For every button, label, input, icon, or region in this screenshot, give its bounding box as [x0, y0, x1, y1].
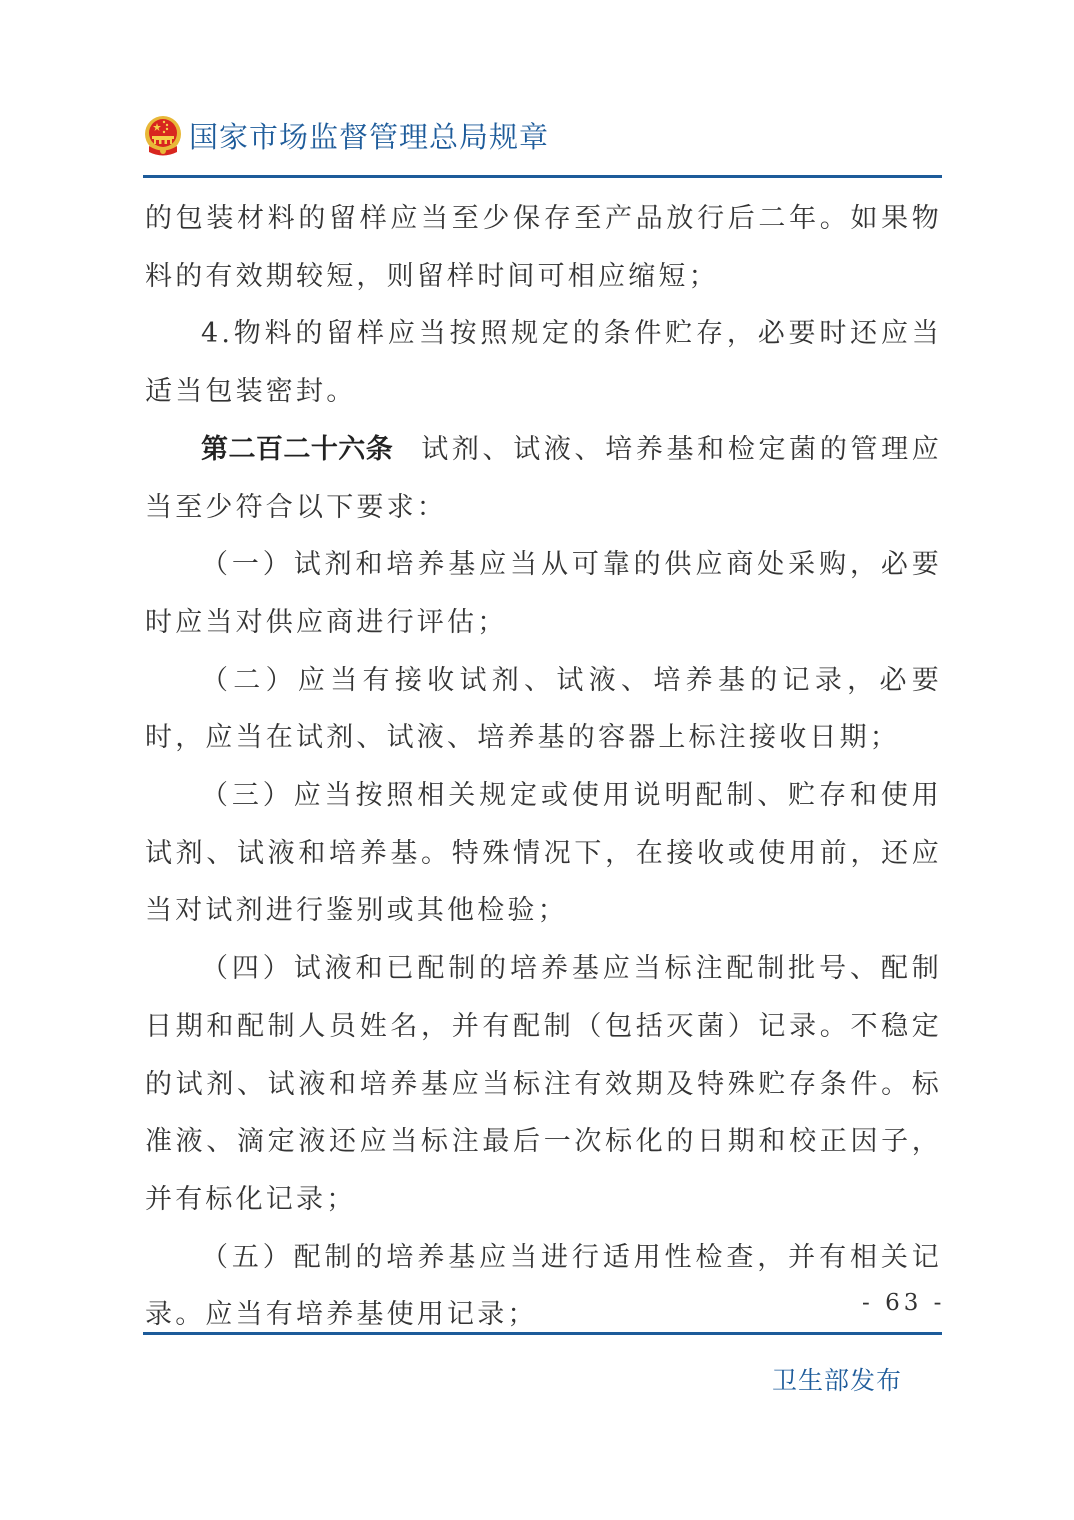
list-item: （二）应当有接收试剂、试液、培养基的记录，必要时，应当在试剂、试液、培养基的容器… [145, 652, 942, 767]
paragraph-text: （一）试剂和培养基应当从可靠的供应商处采购，必要时应当对供应商进行评估； [145, 549, 942, 638]
document-page: 国家市场监督管理总局规章 的包装材料的留样应当至少保存至产品放行后二年。如果物料… [0, 0, 1074, 1520]
list-item: （四）试液和已配制的培养基应当标注配制批号、配制日期和配制人员姓名，并有配制（包… [145, 940, 942, 1229]
paragraph-text: （三）应当按照相关规定或使用说明配制、贮存和使用试剂、试液和培养基。特殊情况下，… [145, 780, 942, 926]
paragraph: 的包装材料的留样应当至少保存至产品放行后二年。如果物料的有效期较短，则留样时间可… [145, 190, 942, 305]
paragraph-text: （五）配制的培养基应当进行适用性检查，并有相关记录。应当有培养基使用记录； [145, 1242, 942, 1331]
paragraph-text: 的包装材料的留样应当至少保存至产品放行后二年。如果物料的有效期较短，则留样时间可… [145, 203, 942, 292]
footer-publisher: 卫生部发布 [772, 1361, 902, 1397]
header-title: 国家市场监督管理总局规章 [189, 115, 549, 159]
list-item: （三）应当按照相关规定或使用说明配制、贮存和使用试剂、试液和培养基。特殊情况下，… [145, 767, 942, 940]
header-divider [143, 175, 942, 178]
page-header: 国家市场监督管理总局规章 [143, 112, 549, 162]
paragraph-text: （四）试液和已配制的培养基应当标注配制批号、配制日期和配制人员姓名，并有配制（包… [145, 953, 942, 1215]
document-body: 的包装材料的留样应当至少保存至产品放行后二年。如果物料的有效期较短，则留样时间可… [145, 190, 942, 1344]
footer-divider [143, 1332, 942, 1335]
article-number: 第二百二十六条 [201, 434, 393, 465]
paragraph-text: 4.物料的留样应当按照规定的条件贮存，必要时还应当适当包装密封。 [145, 318, 942, 407]
page-number: - 63 - [862, 1290, 945, 1316]
list-item: （一）试剂和培养基应当从可靠的供应商处采购，必要时应当对供应商进行评估； [145, 536, 942, 651]
list-item: （五）配制的培养基应当进行适用性检查，并有相关记录。应当有培养基使用记录； [145, 1229, 942, 1344]
article-paragraph: 第二百二十六条试剂、试液、培养基和检定菌的管理应当至少符合以下要求： [145, 421, 942, 536]
paragraph-text: （二）应当有接收试剂、试液、培养基的记录，必要时，应当在试剂、试液、培养基的容器… [145, 665, 942, 754]
paragraph: 4.物料的留样应当按照规定的条件贮存，必要时还应当适当包装密封。 [145, 305, 942, 420]
national-emblem-icon [143, 115, 183, 159]
